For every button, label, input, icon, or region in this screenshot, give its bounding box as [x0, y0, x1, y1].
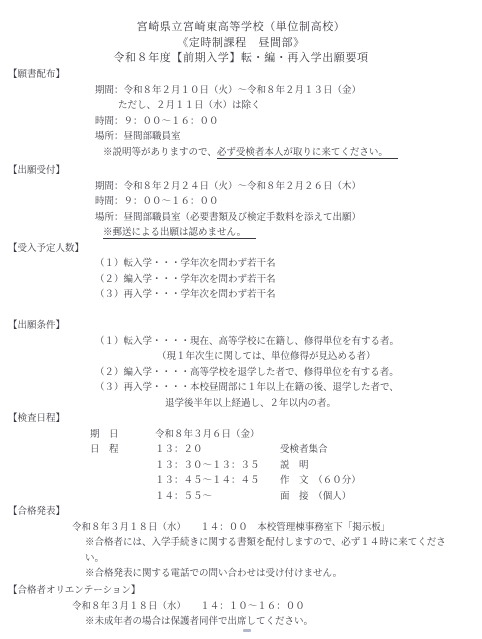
section-heading: 【出願条件】 [0, 318, 482, 334]
schedule-label: 日 程 [90, 442, 155, 458]
section-heading: 【合格発表】 [0, 504, 482, 520]
section-results-announcement: 【合格発表】 令和８年３月１８日（水） １４：００ 本校管理棟事務室下「掲示板」… [0, 504, 482, 582]
time-line: 時間：９：００～１６：００ [0, 114, 482, 130]
schedule-row: １４：５５～面 接 （個人） [0, 489, 482, 505]
period-line: 期間：令和８年２月１０日（火）～令和８年２月１３日（金） [0, 83, 482, 99]
schedule-activity: 受検者集合 [280, 444, 328, 455]
intake-item-3: （３）再入学・・・学年次を問わず若干名 [0, 287, 482, 303]
document-subject: 令和８年度【前期入学】転・編・再入学出願要項 [0, 50, 482, 66]
section-heading: 【願書配布】 [0, 67, 482, 83]
schedule-activity: 面 接 （個人） [280, 491, 351, 502]
condition-item-1-sub: （現１年次生に関しては、単位修得が見込める者） [0, 349, 482, 365]
intake-item-2: （２）編入学・・・学年次を問わず若干名 [0, 272, 482, 288]
schedule-time: １４：５５～ [155, 489, 280, 505]
schedule-activity: 説 明 [280, 460, 309, 471]
note-line: ※合格発表に関する電話での問い合わせは受け付けません。 [0, 566, 482, 582]
note-line: ※説明等がありますので、必ず受検者本人が取りに来てください。 [0, 145, 482, 161]
section-heading: 【検査日程】 [0, 411, 482, 427]
section-exam-schedule: 【検査日程】 期 日令和８年３月６日（金） 日 程１３：２０受検者集合 １３：３… [0, 411, 482, 504]
school-name: 宮崎県立宮崎東高等学校（単位制高校） [0, 19, 482, 35]
condition-item-3-sub: 退学後半年以上経過し、２年以内の者。 [0, 396, 482, 412]
schedule-row: １３：３０～１３：３５説 明 [0, 458, 482, 474]
condition-item-3: （３）再入学・・・・本校昼間部に１年以上在籍の後、退学した者で、 [0, 380, 482, 396]
section-application-form-distribution: 【願書配布】 期間：令和８年２月１０日（火）～令和８年２月１３日（金） ただし、… [0, 67, 482, 160]
intake-item-1: （１）転入学・・・学年次を問わず若干名 [0, 256, 482, 272]
orientation-datetime-line: 令和８年３月１８日（水） １４：１０～１６：００ [0, 599, 482, 615]
announcement-line: 令和８年３月１８日（水） １４：００ 本校管理棟事務室下「掲示板」 [0, 520, 482, 536]
schedule-label: 期 日 [90, 427, 155, 443]
note-line-wrap: い。 [0, 551, 482, 567]
page-footer-mark [243, 629, 251, 632]
note-line: ※合格者には、入学手続きに関する書類を配付しますので、必ず１４時に来てくださ [0, 535, 482, 551]
note-line: ※未成年者の場合は保護者同伴で出席してください。 [0, 614, 482, 630]
note-underlined-text: 必ず受検者本人が取りに来てください。 [217, 147, 398, 159]
section-heading: 【受入予定人数】 [0, 241, 482, 257]
schedule-time: １３：４５～１４：４５ [155, 473, 280, 489]
schedule-row: 期 日令和８年３月６日（金） [0, 427, 482, 443]
schedule-time: 令和８年３月６日（金） [155, 427, 280, 443]
section-successful-applicant-orientation: 【合格者オリエンテーション】 令和８年３月１８日（水） １４：１０～１６：００ … [0, 583, 482, 630]
schedule-activity: 作 文 （６０分） [280, 475, 361, 486]
course-name: 《定時制課程 昼間部》 [0, 35, 482, 51]
place-line: 場所：昼間部職員室（必要書類及び検定手数料を添えて出願） [0, 210, 482, 226]
schedule-row: 日 程１３：２０受検者集合 [0, 442, 482, 458]
condition-item-2: （２）編入学・・・・高等学校を退学した者で、修得単位を有する者。 [0, 365, 482, 381]
section-heading: 【出願受付】 [0, 163, 482, 179]
section-application-acceptance: 【出願受付】 期間：令和８年２月２４日（火）～令和８年２月２６日（木） 時間：９… [0, 163, 482, 241]
note-line: ※郵送による出願は認めません。 [0, 225, 482, 241]
note-prefix: ※説明等がありますので、 [103, 147, 217, 158]
exception-line: ただし、２月１１日（水）は除く [0, 98, 482, 114]
time-line: 時間：９：００～１６：００ [0, 194, 482, 210]
period-line: 期間：令和８年２月２４日（火）～令和８年２月２６日（木） [0, 179, 482, 195]
condition-item-1: （１）転入学・・・・現在、高等学校に在籍し、修得単位を有する者。 [0, 334, 482, 350]
place-line: 場所：昼間部職員室 [0, 129, 482, 145]
section-planned-intake: 【受入予定人数】 （１）転入学・・・学年次を問わず若干名 （２）編入学・・・学年… [0, 241, 482, 303]
note-underlined-text: ※郵送による出願は認めません。 [103, 227, 256, 239]
schedule-row: １３：４５～１４：４５作 文 （６０分） [0, 473, 482, 489]
section-application-conditions: 【出願条件】 （１）転入学・・・・現在、高等学校に在籍し、修得単位を有する者。 … [0, 318, 482, 411]
schedule-time: １３：２０ [155, 442, 280, 458]
document-title: 宮崎県立宮崎東高等学校（単位制高校） 《定時制課程 昼間部》 令和８年度【前期入… [0, 19, 482, 66]
section-heading: 【合格者オリエンテーション】 [0, 583, 482, 599]
schedule-time: １３：３０～１３：３５ [155, 458, 280, 474]
document-page: 宮崎県立宮崎東高等学校（単位制高校） 《定時制課程 昼間部》 令和８年度【前期入… [0, 0, 482, 639]
